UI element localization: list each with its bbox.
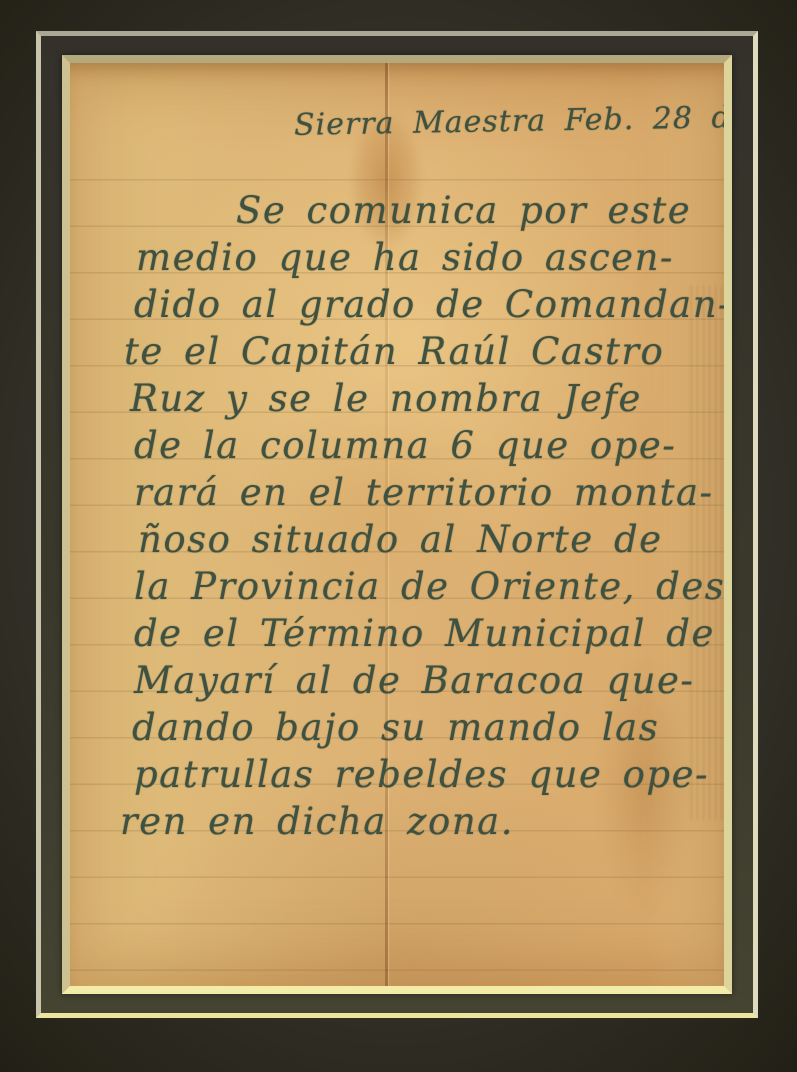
letter-line: rará en el territorio monta-: [134, 469, 724, 516]
letter-line: dando bajo su mando las: [132, 704, 724, 751]
letter-line: te el Capitán Raúl Castro: [124, 328, 724, 375]
letter-line: medio que ha sido ascen-: [136, 234, 724, 281]
gold-fillet: Sierra Maestra Feb. 28 de 1958 Se comuni…: [62, 55, 732, 994]
letter-line: ren en dicha zona.: [120, 798, 724, 845]
letter-line: de el Término Municipal de: [134, 610, 724, 657]
letter-line: dido al grado de Comandan-: [134, 281, 724, 328]
letter-line: Mayarí al de Baracoa que-: [134, 657, 724, 704]
letter-line: de la columna 6 que ope-: [134, 422, 724, 469]
letter-line: Se comunica por este: [134, 187, 724, 234]
letter-line: ñoso situado al Norte de: [138, 516, 724, 563]
framed-letter-photo: Sierra Maestra Feb. 28 de 1958 Se comuni…: [0, 0, 797, 1072]
mat-bevel-outer: Sierra Maestra Feb. 28 de 1958 Se comuni…: [36, 31, 758, 1018]
letter-body: Se comunica por estemedio que ha sido as…: [134, 187, 724, 845]
letter-line: la Provincia de Oriente, des-: [134, 563, 724, 610]
frame-mat: Sierra Maestra Feb. 28 de 1958 Se comuni…: [0, 0, 797, 1072]
letter-line: patrullas rebeldes que ope-: [134, 751, 724, 798]
letter-paper: Sierra Maestra Feb. 28 de 1958 Se comuni…: [70, 63, 724, 986]
letter-line: Ruz y se le nombra Jefe: [130, 375, 724, 422]
